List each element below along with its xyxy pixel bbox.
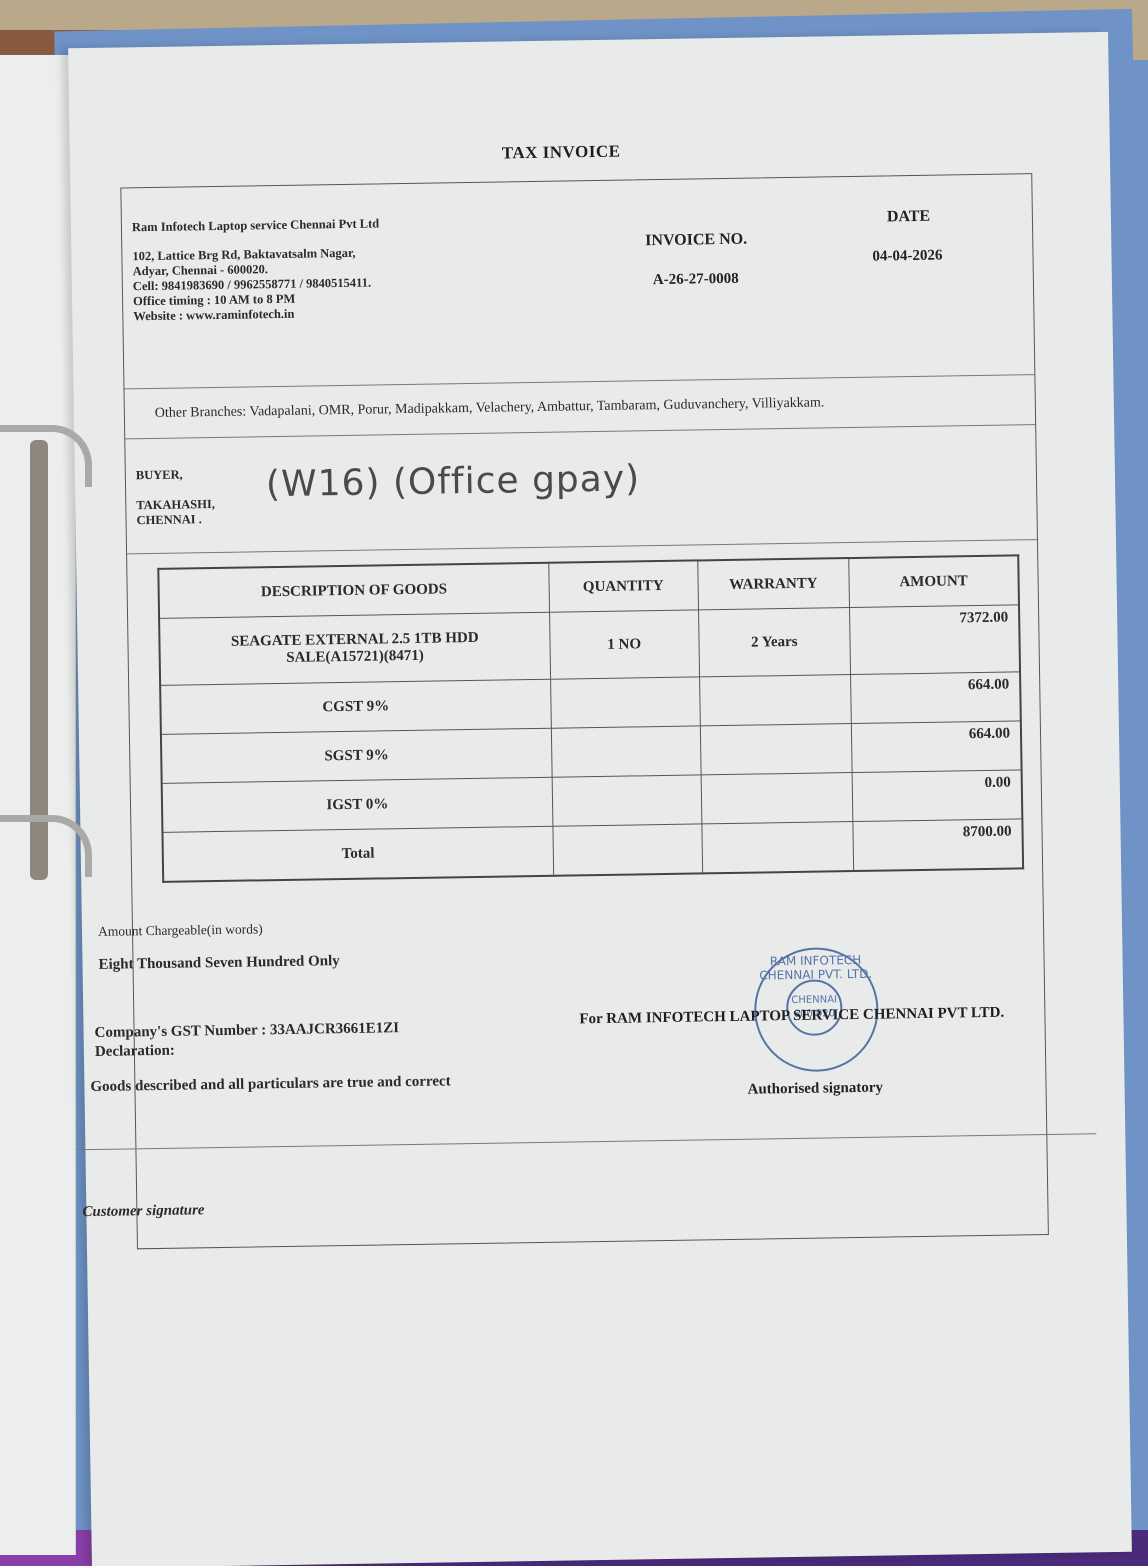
item-quantity: 1 NO (549, 610, 699, 679)
amount-words: Eight Thousand Seven Hundred Only (98, 953, 339, 974)
total-amount: 8700.00 (853, 819, 1023, 871)
company-website: Website : www.raminfotech.in (133, 305, 380, 324)
binder-ring-icon (0, 815, 92, 877)
invoice-number: A-26-27-0008 (653, 271, 739, 289)
invoice-number-label: INVOICE NO. (645, 231, 747, 251)
cgst-amount: 664.00 (850, 672, 1020, 724)
buyer-city: CHENNAI . (136, 512, 215, 528)
stamp-ring-text: RAM INFOTECH CHENNAI PVT. LTD. (755, 953, 875, 983)
divider (127, 539, 1037, 554)
divider (76, 1133, 1096, 1150)
gst-block: Company's GST Number : 33AAJCR3661E1ZI D… (94, 1019, 399, 1062)
header-warranty: WARRANTY (697, 558, 849, 610)
stamp-city: CHENNAI (788, 993, 840, 1008)
other-branches: Other Branches: Vadapalani, OMR, Porur, … (155, 395, 825, 422)
customer-signature: Customer signature (82, 1202, 204, 1221)
date-label: DATE (887, 208, 931, 227)
total-label: Total (162, 826, 553, 882)
buyer-label: BUYER, (136, 467, 215, 483)
header-amount: AMOUNT (849, 555, 1019, 607)
item-warranty: 2 Years (698, 608, 850, 677)
company-name: Ram Infotech Laptop service Chennai Pvt … (132, 216, 379, 235)
item-amount: 7372.00 (849, 605, 1020, 675)
goods-table: DESCRIPTION OF GOODS QUANTITY WARRANTY A… (157, 554, 1024, 883)
divider (124, 374, 1034, 389)
declaration-text: Goods described and all particulars are … (90, 1073, 450, 1096)
header-description: DESCRIPTION OF GOODS (158, 563, 549, 619)
header-quantity: QUANTITY (548, 560, 698, 612)
authorised-signatory: Authorised signatory (747, 1080, 883, 1099)
binder-rail (30, 440, 48, 880)
sgst-label: SGST 9% (161, 728, 552, 783)
cgst-label: CGST 9% (160, 679, 551, 734)
buyer-name: TAKAHASHI, (136, 497, 215, 513)
invoice-frame: Ram Infotech Laptop service Chennai Pvt … (120, 173, 1049, 1249)
item-description: SEAGATE EXTERNAL 2.5 1TB HDD SALE(A15721… (159, 612, 550, 685)
document-title: TAX INVOICE (502, 142, 621, 164)
sgst-amount: 664.00 (851, 721, 1021, 773)
invoice-page: TAX INVOICE Ram Infotech Laptop service … (68, 32, 1132, 1566)
amount-words-label: Amount Chargeable(in words) (98, 921, 263, 940)
igst-amount: 0.00 (852, 770, 1022, 822)
for-company: For RAM INFOTECH LAPTOP SERVICE CHENNAI … (579, 1005, 1004, 1029)
declaration-label: Declaration: (95, 1038, 400, 1062)
binder-ring-icon (0, 425, 92, 487)
handwritten-note: (W16) (Office gpay) (266, 458, 641, 505)
divider (125, 424, 1035, 439)
igst-label: IGST 0% (162, 777, 553, 832)
company-block: Ram Infotech Laptop service Chennai Pvt … (132, 216, 381, 324)
invoice-date: 04-04-2026 (872, 248, 942, 266)
buyer-block: BUYER, TAKAHASHI, CHENNAI . (136, 467, 216, 528)
